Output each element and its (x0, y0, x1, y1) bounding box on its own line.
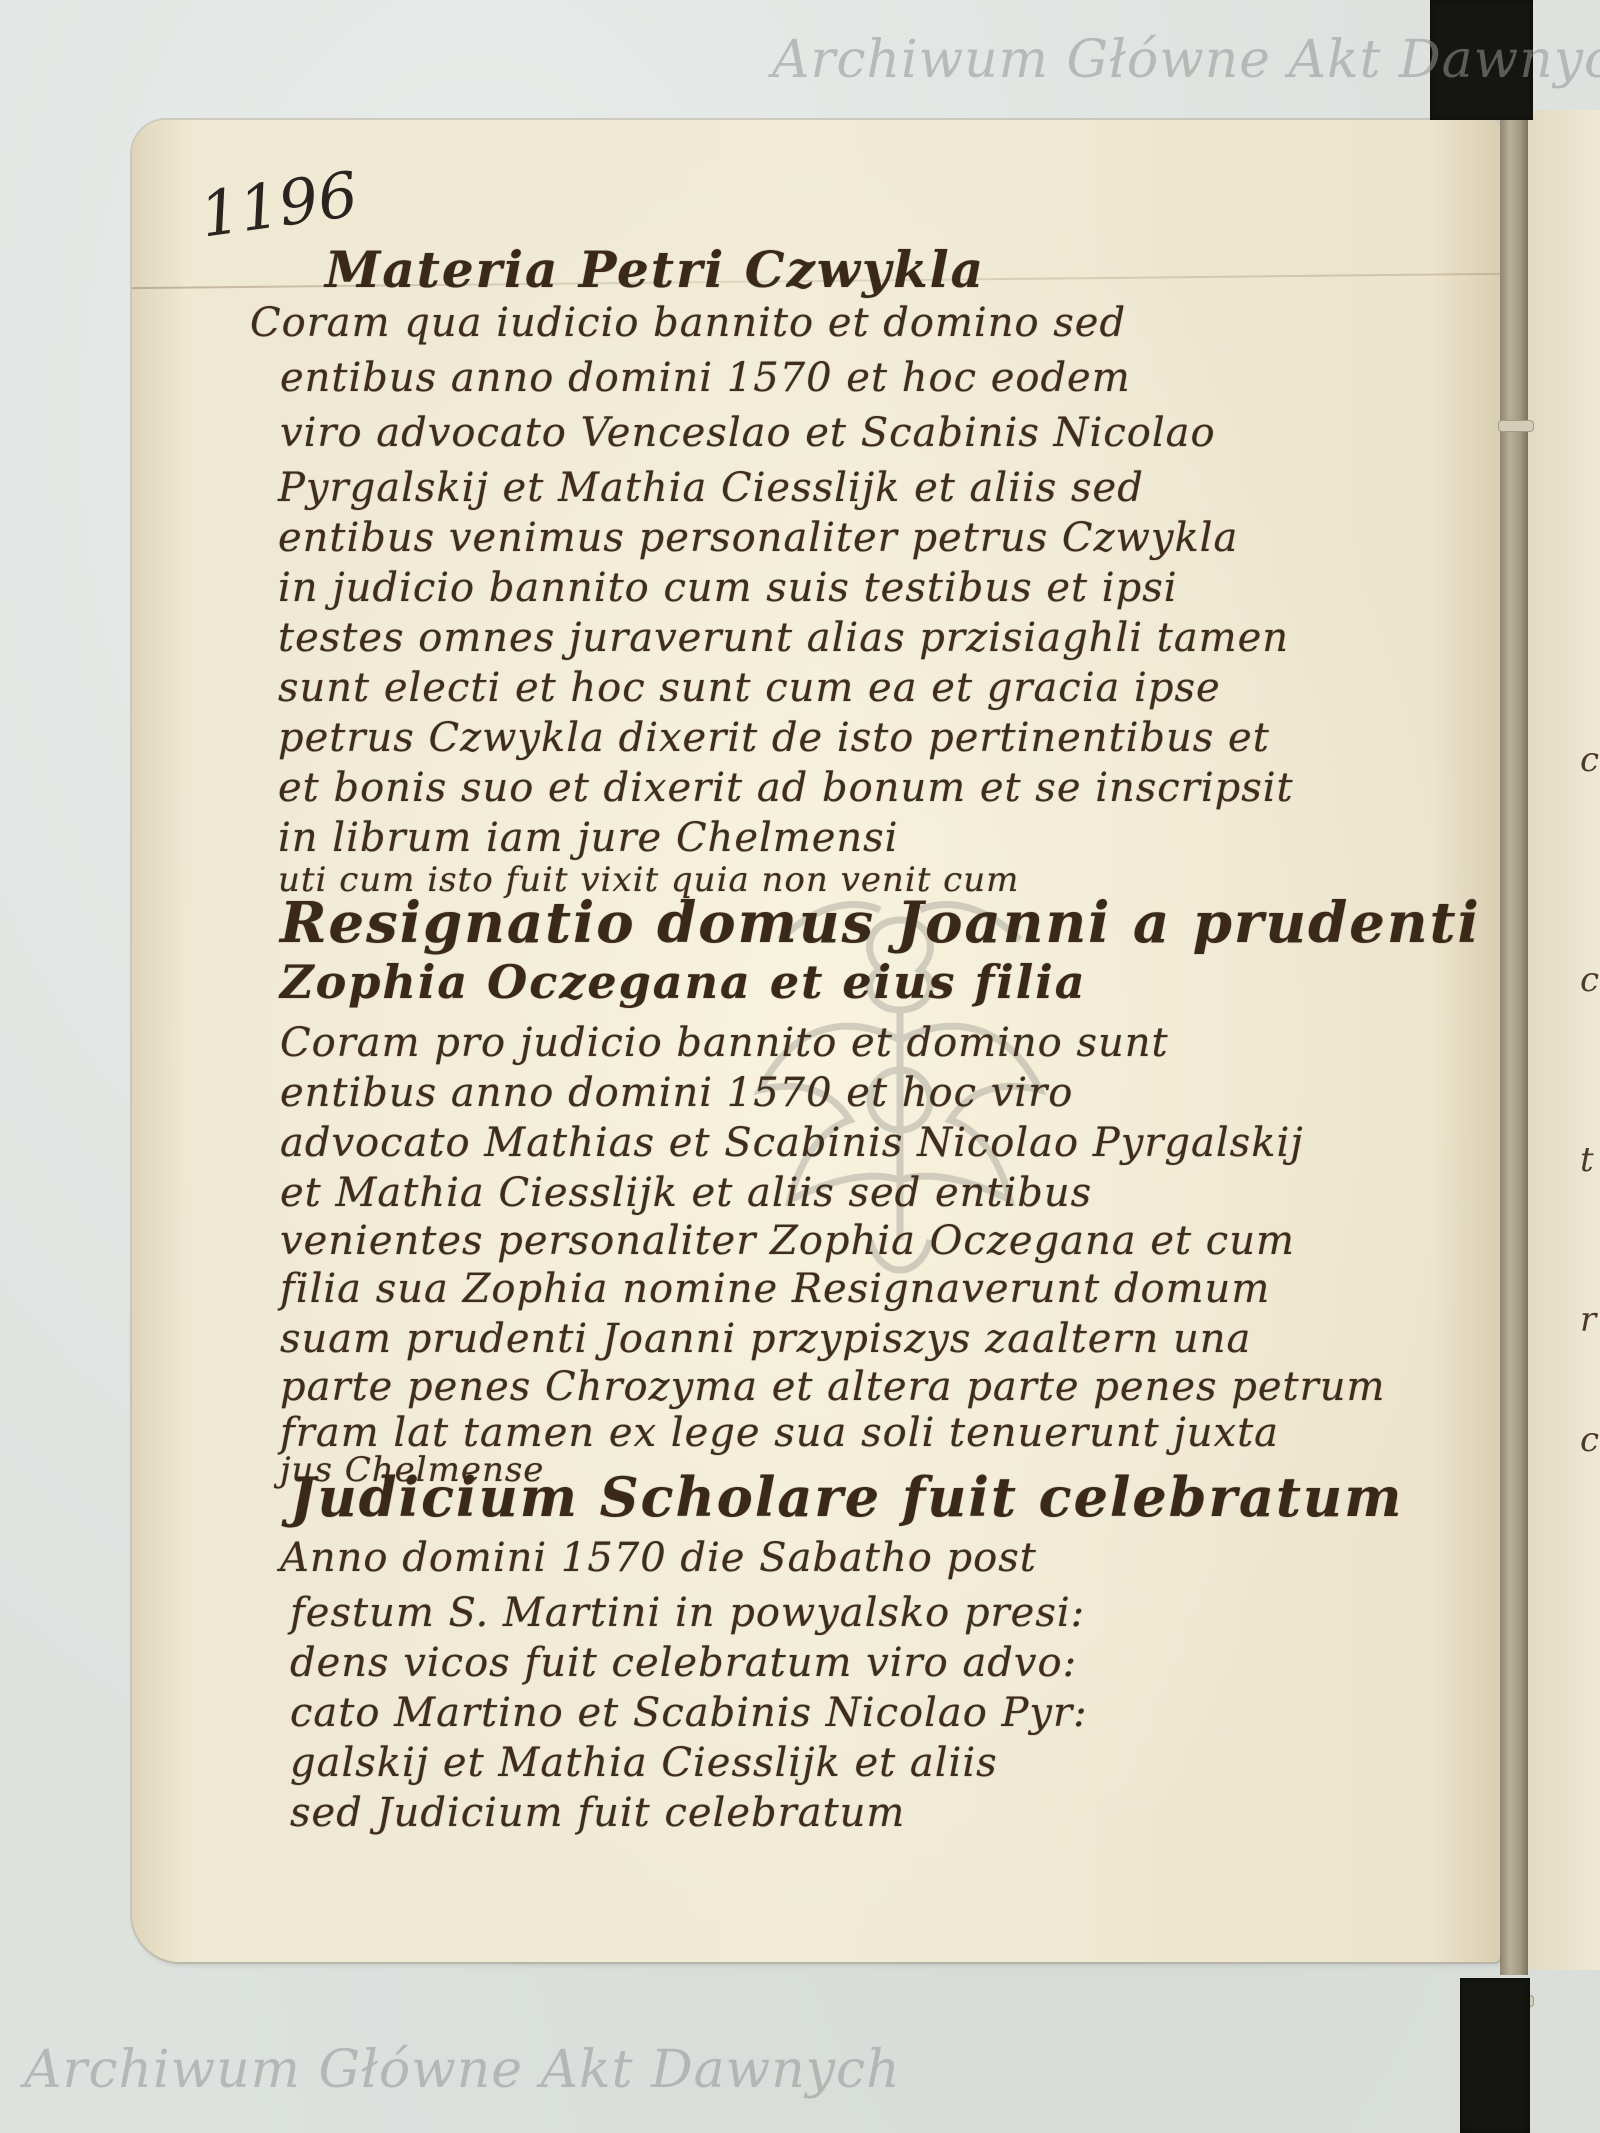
binding-stitch (1498, 420, 1534, 432)
text-line: sunt electi et hoc sunt cum ea et gracia… (278, 665, 1221, 711)
facing-page-mark: r (1580, 1300, 1596, 1340)
book-gutter (1500, 120, 1528, 1975)
text-line: filia sua Zophia nomine Resignaverunt do… (280, 1266, 1270, 1312)
facing-page-mark: t (1580, 1140, 1594, 1180)
text-line: viro advocato Venceslao et Scabinis Nico… (280, 410, 1216, 456)
text-line: entibus anno domini 1570 et hoc viro (280, 1070, 1073, 1116)
text-line: parte penes Chrozyma et altera parte pen… (280, 1364, 1385, 1410)
facing-page-edge (1528, 110, 1600, 1970)
text-line: festum S. Martini in powyalsko presi: (290, 1590, 1085, 1636)
entry-heading: Materia Petri Czwykla (325, 240, 985, 299)
text-line: testes omnes juraverunt alias przisiaghl… (278, 615, 1289, 661)
archive-watermark: Archiwum Główne Akt Dawnych (24, 2040, 901, 2100)
facing-page-mark: c (1580, 960, 1599, 1000)
text-line: et Mathia Ciesslijk et aliis sed entibus (280, 1170, 1092, 1216)
facing-page-mark: c (1580, 1420, 1599, 1460)
text-line: dens vicos fuit celebratum viro advo: (290, 1640, 1077, 1686)
text-line: galskij et Mathia Ciesslijk et aliis (290, 1740, 998, 1786)
text-line: entibus anno domini 1570 et hoc eodem (280, 355, 1131, 401)
text-line: Coram pro judicio bannito et domino sunt (280, 1020, 1169, 1066)
text-line: entibus venimus personaliter petrus Czwy… (278, 515, 1238, 561)
text-line: venientes personaliter Zophia Oczegana e… (280, 1218, 1295, 1264)
text-line: cato Martino et Scabinis Nicolao Pyr: (290, 1690, 1088, 1736)
text-line: Pyrgalskij et Mathia Ciesslijk et aliis … (278, 465, 1144, 511)
entry-subheading: Zophia Oczegana et eius filia (280, 955, 1087, 1009)
binding-strap-bottom (1460, 1978, 1530, 2133)
archive-watermark: Archiwum Główne Akt Dawnych (772, 30, 1600, 90)
entry-heading: Judicium Scholare fuit celebratum (290, 1465, 1403, 1529)
text-line: in librum iam jure Chelmensi (278, 815, 898, 861)
text-line: Anno domini 1570 die Sabatho post (280, 1535, 1037, 1581)
text-line: et bonis suo et dixerit ad bonum et se i… (278, 765, 1294, 811)
entry-heading: Resignatio domus Joanni a prudenti (280, 890, 1481, 956)
text-line: advocato Mathias et Scabinis Nicolao Pyr… (280, 1120, 1304, 1166)
text-line: petrus Czwykla dixerit de isto pertinent… (278, 715, 1270, 761)
text-line: sed Judicium fuit celebratum (290, 1790, 905, 1836)
facing-page-mark: c (1580, 740, 1599, 780)
text-line: suam prudenti Joanni przypiszys zaaltern… (280, 1316, 1251, 1362)
text-line: in judicio bannito cum suis testibus et … (278, 565, 1178, 611)
text-line: Coram qua iudicio bannito et domino sed (250, 300, 1126, 346)
